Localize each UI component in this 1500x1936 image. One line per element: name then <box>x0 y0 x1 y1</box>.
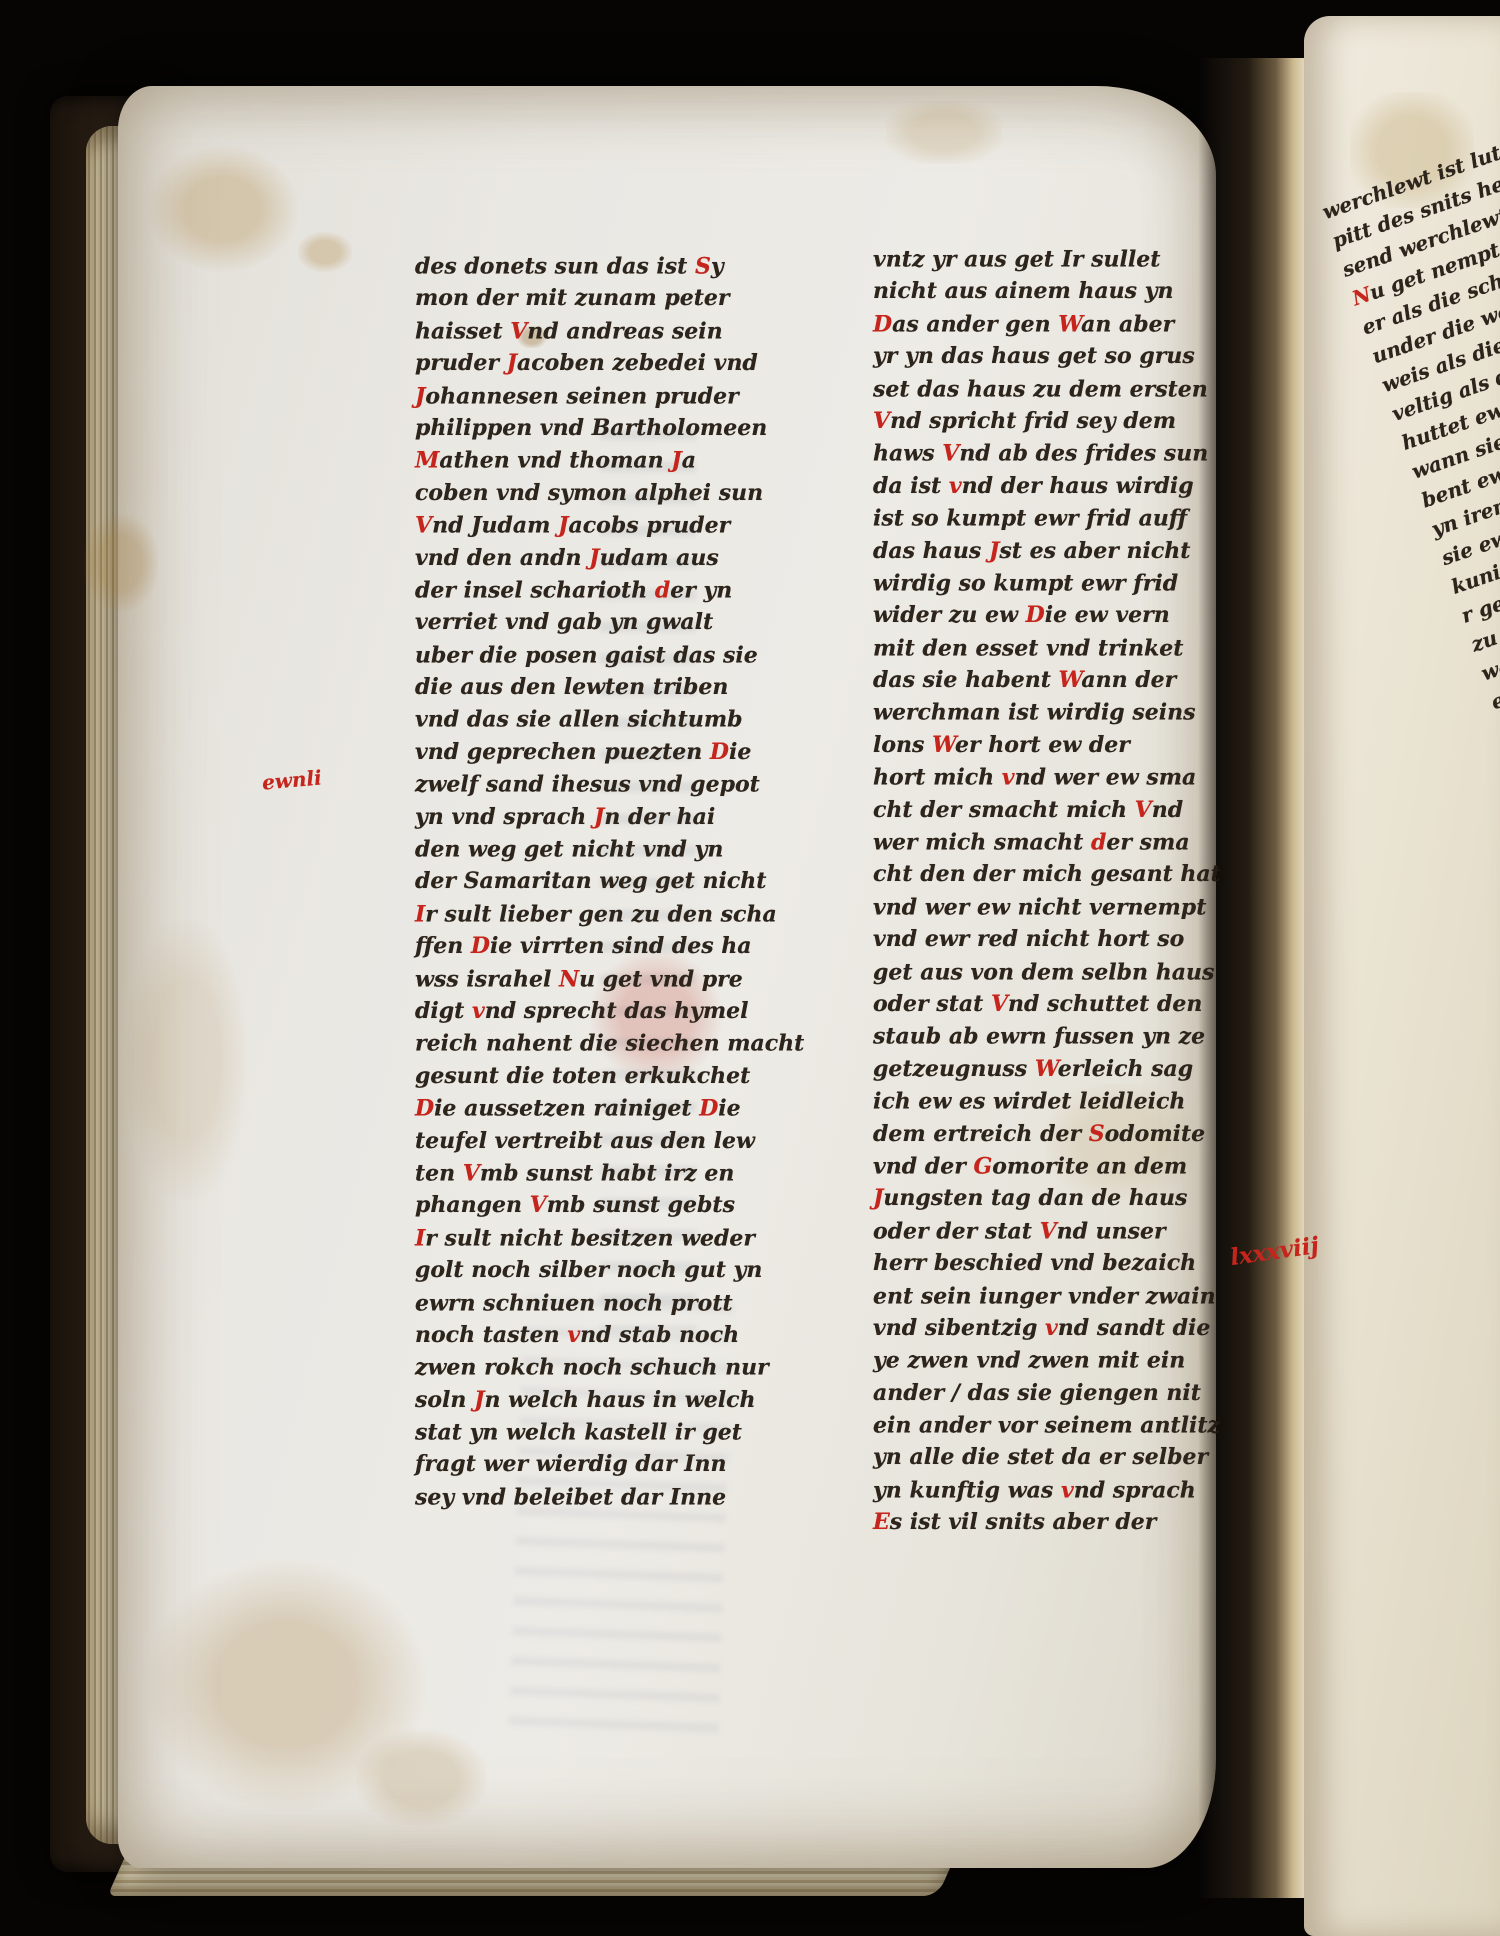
text-line: ffen Die virrten sind des ha <box>415 930 760 962</box>
text-column-left: des donets sun das ist Symon der mit zun… <box>415 250 760 1513</box>
text-line: wirdig so kumpt ewr frid <box>873 568 1223 600</box>
text-line: vnd das sie allen sichtumb <box>415 704 760 736</box>
text-line: ander / das sie giengen nit <box>873 1377 1223 1409</box>
text-line: ewrn schniuen noch prott <box>415 1287 760 1319</box>
text-line: set das haus zu dem ersten <box>873 373 1223 405</box>
text-line: ent sein iunger vnder zwain <box>873 1280 1223 1312</box>
text-line: ein ander vor seinem antlitz <box>873 1410 1223 1442</box>
text-line: Die aussetzen rainiget Die <box>415 1093 760 1125</box>
text-line: Jungsten tag dan de haus <box>873 1182 1223 1214</box>
text-line: des donets sun das ist Sy <box>415 251 760 283</box>
text-line: noch tasten vnd stab noch <box>415 1319 760 1351</box>
text-line: der Samaritan weg get nicht <box>415 865 760 897</box>
text-line: staub ab ewrn fussen yn ze <box>873 1021 1223 1053</box>
text-line: digt vnd sprecht das hymel <box>415 995 760 1027</box>
text-line: Es ist vil snits aber der <box>873 1506 1223 1538</box>
text-line: get aus von dem selbn haus <box>873 956 1223 988</box>
text-line: zwen rokch noch schuch nur <box>415 1352 760 1384</box>
text-line: werchman ist wirdig seins <box>873 697 1223 729</box>
text-line: uber die posen gaist das sie <box>415 639 760 671</box>
text-line: wss israhel Nu get vnd pre <box>415 963 760 995</box>
text-line: stat yn welch kastell ir get <box>415 1417 760 1449</box>
text-line: coben vnd symon alphei sun <box>415 477 760 509</box>
text-line: vnd wer ew nicht vernempt <box>873 891 1223 923</box>
text-line: yn alle die stet da er selber <box>873 1441 1223 1473</box>
text-line: teufel vertreibt aus den lew <box>415 1125 760 1157</box>
text-line: sey vnd beleibet dar Inne <box>415 1481 760 1513</box>
text-line: ich ew es wirdet leidleich <box>873 1086 1223 1118</box>
text-line: verriet vnd gab yn gwalt <box>415 606 760 638</box>
facing-page: werchlewt ist lutzel dapitt des snits he… <box>1304 16 1500 1936</box>
text-line: lons Wer hort ew der <box>873 729 1223 761</box>
text-line: vnd den andn Judam aus <box>415 542 760 574</box>
text-line: oder stat Vnd schuttet den <box>873 988 1223 1020</box>
text-line: mon der mit zunam peter <box>415 282 760 314</box>
text-line: Ir sult nicht besitzen weder <box>415 1222 760 1254</box>
text-line: reich nahent die siechen macht <box>415 1028 760 1060</box>
text-line: golt noch silber noch gut yn <box>415 1254 760 1286</box>
text-line: wer mich smacht der sma <box>873 827 1223 859</box>
text-line: haws Vnd ab des frides sun <box>873 438 1223 470</box>
text-line: vnd ewr red nicht hort so <box>873 923 1223 955</box>
text-line: Vnd Judam Jacobs pruder <box>415 510 760 542</box>
text-line: vnd der Gomorite an dem <box>873 1151 1223 1183</box>
text-line: mit den esset vnd trinket <box>873 632 1223 664</box>
text-line: cht den der mich gesant hat <box>873 858 1223 890</box>
text-line: das haus Jst es aber nicht <box>873 535 1223 567</box>
text-line: vnd geprechen puezten Die <box>415 736 760 768</box>
text-line: haisset Vnd andreas sein <box>415 315 760 347</box>
text-line: phangen Vmb sunst gebts <box>415 1189 760 1221</box>
text-line: den weg get nicht vnd yn <box>415 834 760 866</box>
text-line: pruder Jacoben zebedei vnd <box>415 347 760 379</box>
text-line: vntz yr aus get Ir sullet <box>873 244 1223 276</box>
text-line: nicht aus ainem haus yn <box>873 275 1223 307</box>
manuscript-photo: des donets sun das ist Symon der mit zun… <box>0 0 1500 1936</box>
text-line: Vnd spricht frid sey dem <box>873 405 1223 437</box>
text-line: herr beschied vnd bezaich <box>873 1247 1223 1279</box>
text-line: philippen vnd Bartholomeen <box>415 412 760 444</box>
text-line: hort mich vnd wer ew sma <box>873 762 1223 794</box>
text-line: Ir sult lieber gen zu den scha <box>415 898 760 930</box>
text-line: ist so kumpt ewr frid auff <box>873 503 1223 535</box>
text-line: Das ander gen Wan aber <box>873 308 1223 340</box>
text-line: da ist vnd der haus wirdig <box>873 470 1223 502</box>
text-line: soln Jn welch haus in welch <box>415 1384 760 1416</box>
text-line: ye zwen vnd zwen mit ein <box>873 1345 1223 1377</box>
text-line: zwelf sand ihesus vnd gepot <box>415 769 760 801</box>
text-line: yr yn das haus get so grus <box>873 340 1223 372</box>
text-line: cht der smacht mich Vnd <box>873 794 1223 826</box>
text-column-right: vntz yr aus get Ir sulletnicht aus ainem… <box>873 243 1223 1539</box>
facing-page-text: werchlewt ist lutzel dapitt des snits he… <box>1318 61 1500 1351</box>
text-line: fragt wer wierdig dar Inn <box>415 1448 760 1480</box>
text-line: die aus den lewten triben <box>415 671 760 703</box>
text-line: oder der stat Vnd unser <box>873 1215 1223 1247</box>
text-line: der insel scharioth der yn <box>415 575 760 607</box>
text-line: getzeugnuss Werleich sag <box>873 1053 1223 1085</box>
text-line: dem ertreich der Sodomite <box>873 1118 1223 1150</box>
text-line: gesunt die toten erkukchet <box>415 1060 760 1092</box>
text-line: vnd sibentzig vnd sandt die <box>873 1312 1223 1344</box>
text-line: Mathen vnd thoman Ja <box>415 445 760 477</box>
text-line: das sie habent Wann der <box>873 664 1223 696</box>
text-line: Johannesen seinen pruder <box>415 380 760 412</box>
text-line: yn kunftig was vnd sprach <box>873 1474 1223 1506</box>
text-line: wider zu ew Die ew vern <box>873 599 1223 631</box>
text-line: yn vnd sprach Jn der hai <box>415 801 760 833</box>
gutter-shadow <box>1198 58 1306 1898</box>
text-line: ten Vmb sunst habt irz en <box>415 1158 760 1190</box>
